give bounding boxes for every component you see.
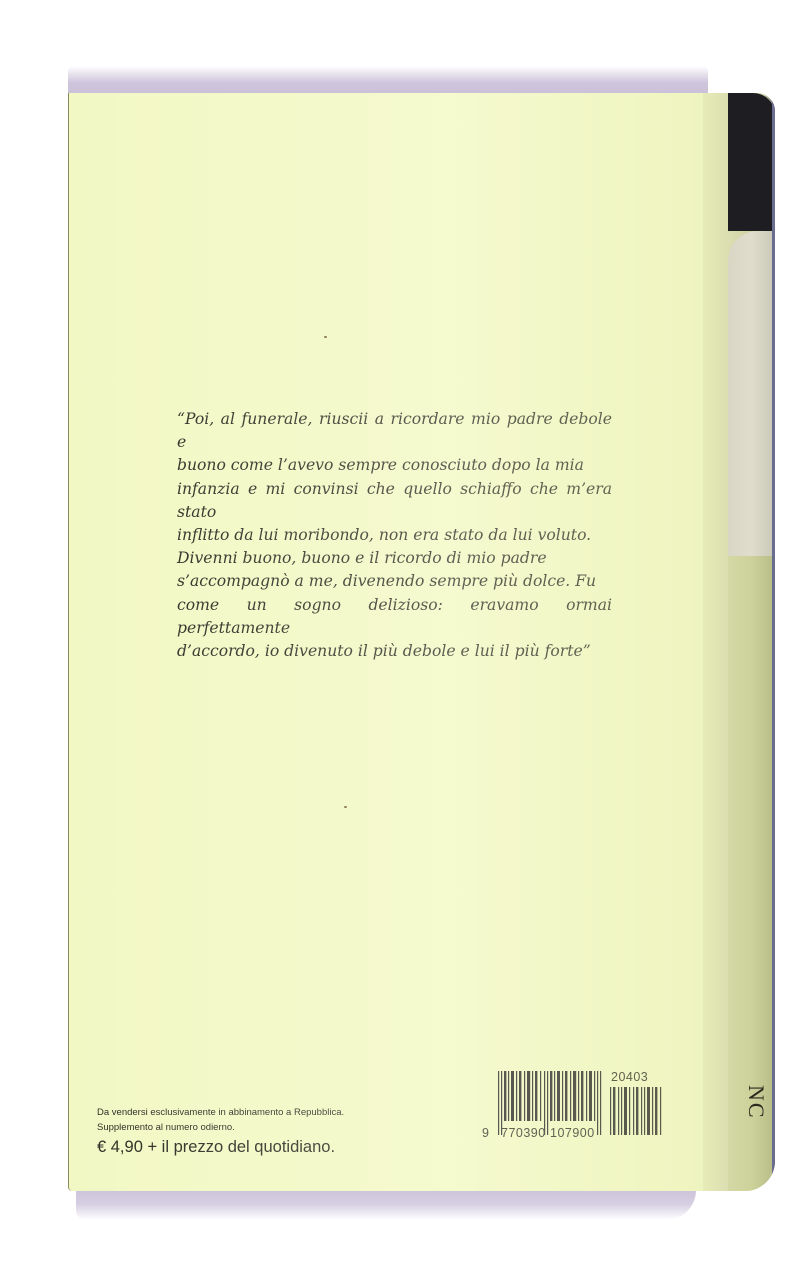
quote-line: infanzia e mi convinsi che quello schiaf… (177, 478, 612, 524)
speck (324, 336, 327, 338)
quote-line: buono come l’avevo sempre conosciuto dop… (177, 454, 612, 477)
book-shadow-top (68, 66, 708, 96)
price-text: € 4,90 + il prezzo del quotidiano. (97, 1138, 344, 1157)
quote-line: inflitto da lui moribondo, non era stato… (177, 524, 612, 547)
quote-line: come un sogno delizioso: eravamo ormai p… (177, 594, 612, 640)
sales-notice: Da vendersi esclusivamente in abbinament… (97, 1105, 344, 1157)
barcode-digit-first: 9 (482, 1126, 489, 1140)
quote-line: d’accordo, io divenuto il più debole e l… (177, 640, 612, 663)
quote-line: s’accompagnò a me, divenendo sempre più … (177, 570, 612, 593)
spine-top-band (728, 93, 775, 231)
notice-line-1: Da vendersi esclusivamente in abbinament… (97, 1105, 344, 1120)
speck (344, 806, 347, 808)
barcode-addon (609, 1087, 662, 1135)
cover-panel: “Poi, al funerale, riuscii a ricordare m… (68, 93, 703, 1191)
notice-line-2: Supplemento al numero odierno. (97, 1120, 344, 1135)
book-spine: NC (703, 93, 775, 1191)
spine-middle-band (728, 231, 775, 556)
barcode-digits-group1: 770390 (501, 1126, 546, 1140)
spine-edge (772, 93, 775, 1191)
barcode-digits-group2: 107900 (550, 1126, 595, 1140)
barcode-addon-digits: 20403 (611, 1070, 648, 1084)
spine-logo-text: NC (743, 1085, 769, 1120)
quote-line: “Poi, al funerale, riuscii a ricordare m… (177, 408, 612, 454)
book-back-cover: “Poi, al funerale, riuscii a ricordare m… (68, 93, 714, 1191)
quote-line: Divenni buono, buono e il ricordo di mio… (177, 547, 612, 570)
back-cover-quote: “Poi, al funerale, riuscii a ricordare m… (177, 408, 612, 663)
